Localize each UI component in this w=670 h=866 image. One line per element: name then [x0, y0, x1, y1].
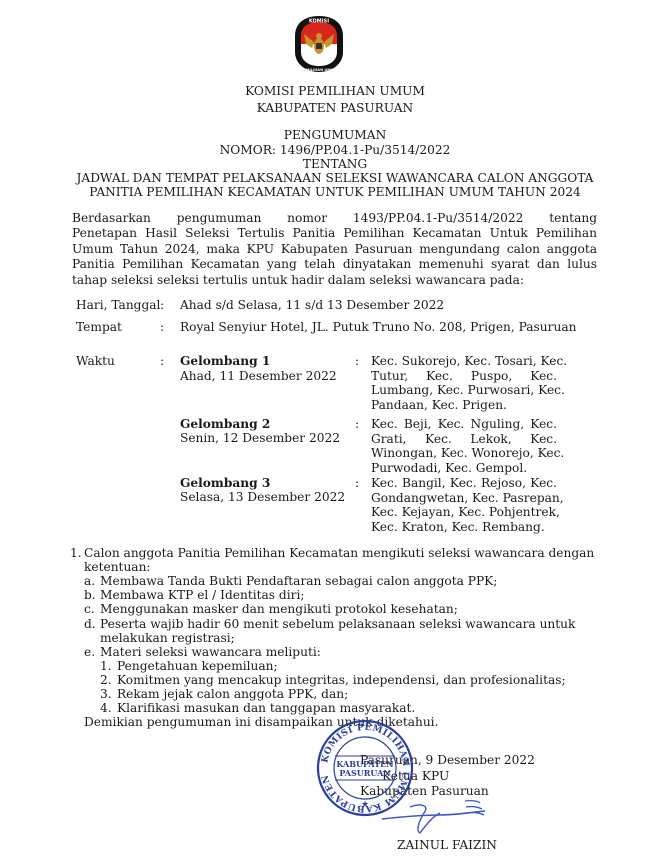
colon: : — [355, 417, 359, 431]
svg-text:KOMISI: KOMISI — [309, 19, 329, 25]
signature-scribble — [380, 795, 490, 835]
provision-1-text: Calon anggota Panitia Pemilihan Kecamata… — [84, 546, 594, 560]
kpu-logo: KOMISI PEMILIHAN UMUM — [292, 14, 346, 74]
colon: : — [355, 354, 359, 368]
svg-text:PEMILIHAN UMUM: PEMILIHAN UMUM — [301, 68, 338, 72]
wave-1-name: Gelombang 1 — [180, 354, 270, 368]
sub-item-d-cont: melakukan registrasi; — [100, 631, 235, 645]
place-value: Royal Senyiur Hotel, JL. Putuk Truno No.… — [180, 320, 576, 334]
wave-1-date: Ahad, 11 Desember 2022 — [180, 369, 337, 383]
materi-3: Rekam jejak calon anggota PPK, dan; — [117, 687, 348, 701]
wave-3-kecamatan: Kec. Bangil, Kec. Rejoso, Kec. Gondangwe… — [371, 476, 557, 534]
place-label: Tempat — [76, 320, 122, 334]
sub-item-a-mark: a. — [84, 574, 95, 588]
svg-text:PASURUAN: PASURUAN — [339, 768, 390, 778]
wave-1-kecamatan: Kec. Sukorejo, Kec. Tosari, Kec. Tutur, … — [371, 354, 557, 412]
sub-item-e: Materi seleksi wawancara meliputi: — [100, 645, 321, 659]
provision-1-number: 1. — [70, 546, 82, 560]
colon: : — [160, 298, 164, 312]
wave-2-kecamatan: Kec. Beji, Kec. Nguling, Kec. Grati, Kec… — [371, 417, 557, 475]
day-label: Hari, Tanggal — [76, 298, 160, 312]
materi-1-mark: 1. — [100, 659, 112, 673]
doc-title-line2: PANITIA PEMILIHAN KECAMATAN UNTUK PEMILI… — [0, 185, 670, 199]
sub-item-d-mark: d. — [84, 617, 96, 631]
materi-2: Komitmen yang mencakup integritas, indep… — [117, 673, 566, 687]
day-value: Ahad s/d Selasa, 11 s/d 13 Desember 2022 — [180, 298, 444, 312]
sub-item-c: Menggunakan masker dan mengikuti protoko… — [100, 602, 458, 616]
sub-item-a: Membawa Tanda Bukti Pendaftaran sebagai … — [100, 574, 497, 588]
wave-3-date: Selasa, 13 Desember 2022 — [180, 490, 345, 504]
colon: : — [160, 354, 164, 368]
svg-text:★: ★ — [361, 800, 369, 810]
doc-type: PENGUMUMAN — [0, 128, 670, 142]
doc-number: NOMOR: 1496/PP.04.1-Pu/3514/2022 — [0, 143, 670, 157]
time-label: Waktu — [76, 354, 115, 368]
sub-item-e-mark: e. — [84, 645, 95, 659]
sub-item-d: Peserta wajib hadir 60 menit sebelum pel… — [100, 617, 575, 631]
wave-2-date: Senin, 12 Desember 2022 — [180, 431, 340, 445]
sub-item-c-mark: c. — [84, 602, 95, 616]
provision-1-text-cont: ketentuan: — [84, 560, 151, 574]
org-region: KABUPATEN PASURUAN — [0, 101, 670, 115]
materi-4-mark: 4. — [100, 701, 112, 715]
intro-paragraph: Berdasarkan pengumuman nomor 1493/PP.04.… — [72, 211, 597, 288]
sub-item-b: Membawa KTP el / Identitas diri; — [100, 588, 304, 602]
materi-3-mark: 3. — [100, 687, 112, 701]
signer-name: ZAINUL FAIZIN — [397, 838, 497, 852]
colon: : — [355, 476, 359, 490]
wave-3-name: Gelombang 3 — [180, 476, 270, 490]
materi-2-mark: 2. — [100, 673, 112, 687]
sub-item-b-mark: b. — [84, 588, 96, 602]
doc-about: TENTANG — [0, 157, 670, 171]
wave-2-name: Gelombang 2 — [180, 417, 270, 431]
materi-1: Pengetahuan kepemiluan; — [117, 659, 278, 673]
colon: : — [160, 320, 164, 334]
doc-title-line1: JADWAL DAN TEMPAT PELAKSANAAN SELEKSI WA… — [0, 171, 670, 185]
materi-4: Klarifikasi masukan dan tanggapan masyar… — [117, 701, 415, 715]
org-name: KOMISI PEMILIHAN UMUM — [0, 84, 670, 98]
